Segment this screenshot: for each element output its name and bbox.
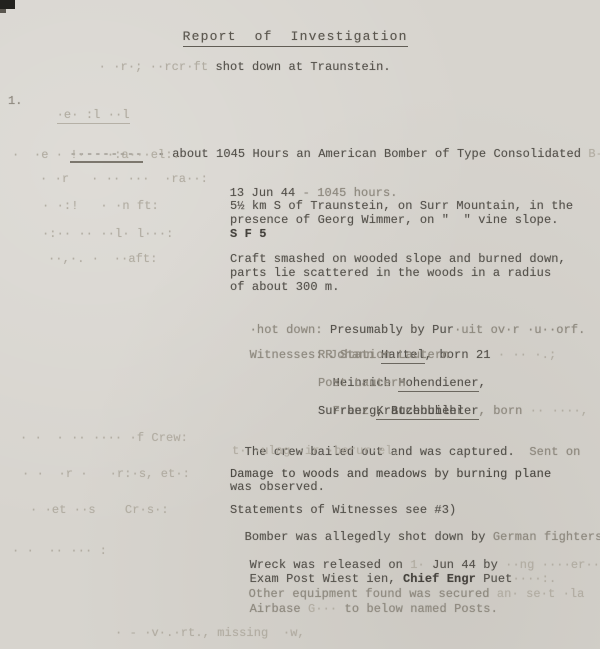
incident-text: - about 1045 Hours an American Bomber of… [158,147,589,161]
incident-description-cont: · ·e · !· ·:a···el:. [12,148,180,162]
witness2-comma: , [479,376,486,390]
subtitle-faded-prefix: · ·r·; ··rcr·ft [99,60,216,74]
reports-line1: Statements of Witnesses see #3) [230,503,456,517]
crash-date-value: 13 Jun 44 - 1045 hours. [215,172,398,200]
field-label-craft-condition: ··,·. · ··aft: [48,252,158,266]
footer-faded-line: · - ·v·.·rt., missing ·w, [115,626,305,640]
crew-line2: t· ·ulag ·ir ·berur·el. [232,444,400,458]
wreck-airbase-name: G··· [308,602,345,616]
damage-line2: was observed. [230,480,325,494]
section-number: 1. [8,94,23,108]
field-label-damage: · · ·r · ·r:·s, et·: [22,467,190,481]
field-label-grid-location: ·:·· ·· ··l· l···: [42,227,173,241]
report-subtitle: · ·r·; ··rcr·ft shot down at Traunstein. [84,46,391,74]
field-label-craft-location: · ·:! · ·n ft: [42,199,159,213]
wreck-equipment-faded: an· se·t ·la [497,587,585,601]
craft-condition-line3: of about 300 m. [230,280,340,294]
reports-text-faded: German fighters. [493,530,600,544]
wreck-posts-text: to below named Posts. [345,602,498,616]
subtitle-text: shot down at Traunstein. [215,60,390,74]
section-heading: ·e· :l ··l [42,94,130,122]
scan-artifact-corner-smudge [0,9,6,13]
craft-condition-line2: parts lie scattered in the woods in a ra… [230,266,551,280]
reports-line2: Bomber was allegedly shot down by German… [230,516,600,544]
damage-line1: Damage to woods and meadows by burning p… [230,467,551,481]
reports-text: Bomber was allegedly shot down by [245,530,493,544]
scanned-report-page: { "title": "Report of Investigation", "s… [0,0,600,649]
field-label-wreck: · · ·· ··· : [12,544,107,558]
witness3-address: Surrberg, Buchbuhler [318,404,464,418]
incident-aircraft-type: B-24 [588,147,600,161]
craft-condition-line1: Craft smashed on wooded slope and burned… [230,252,566,266]
report-title: Report of Investigation [183,29,408,47]
report-title-row: Report of Investigation [168,16,408,44]
craft-location-line1: 5½ km S of Traunstein, on Surr Mountain,… [230,199,573,213]
wreck-airbase-text: Airbase [250,602,308,616]
field-label-reports: · ·et ··s Cr·s·: [30,503,169,517]
witness3-born-date: ·· ····, [530,404,588,418]
crash-date-text: 13 Jun 44 [230,186,296,200]
section-heading-text: ·e· :l ··l [57,108,130,124]
field-label-crew: · · · ·· ···· ·f Crew: [20,431,188,445]
witness3-born: , born [479,404,530,418]
field-label-crash-date: · ·r · ·· ··· ·ra··: [40,172,208,186]
crash-time-text: - 1045 hours. [295,186,397,200]
incident-description: - about 1045 Hours an American Bomber of… [143,133,600,161]
shot-down-line: ·hot down: Presumably by Pur·uit ov·r ·u… [235,309,585,337]
witness1-born-date: · ·· ·.; [498,348,556,362]
crew-text-sent: Sent on [529,445,580,459]
scan-artifact-corner [0,0,15,9]
witness2-address: Post Lautern [318,376,406,390]
craft-location-line2: presence of Georg Wimmer, on " " vine sl… [230,213,559,227]
wreck-line4: Airbase G··· to below named Posts. [235,588,498,616]
witness1-address: RR Station Lautern [318,348,449,362]
grid-location-value: S F 5 [230,227,267,241]
